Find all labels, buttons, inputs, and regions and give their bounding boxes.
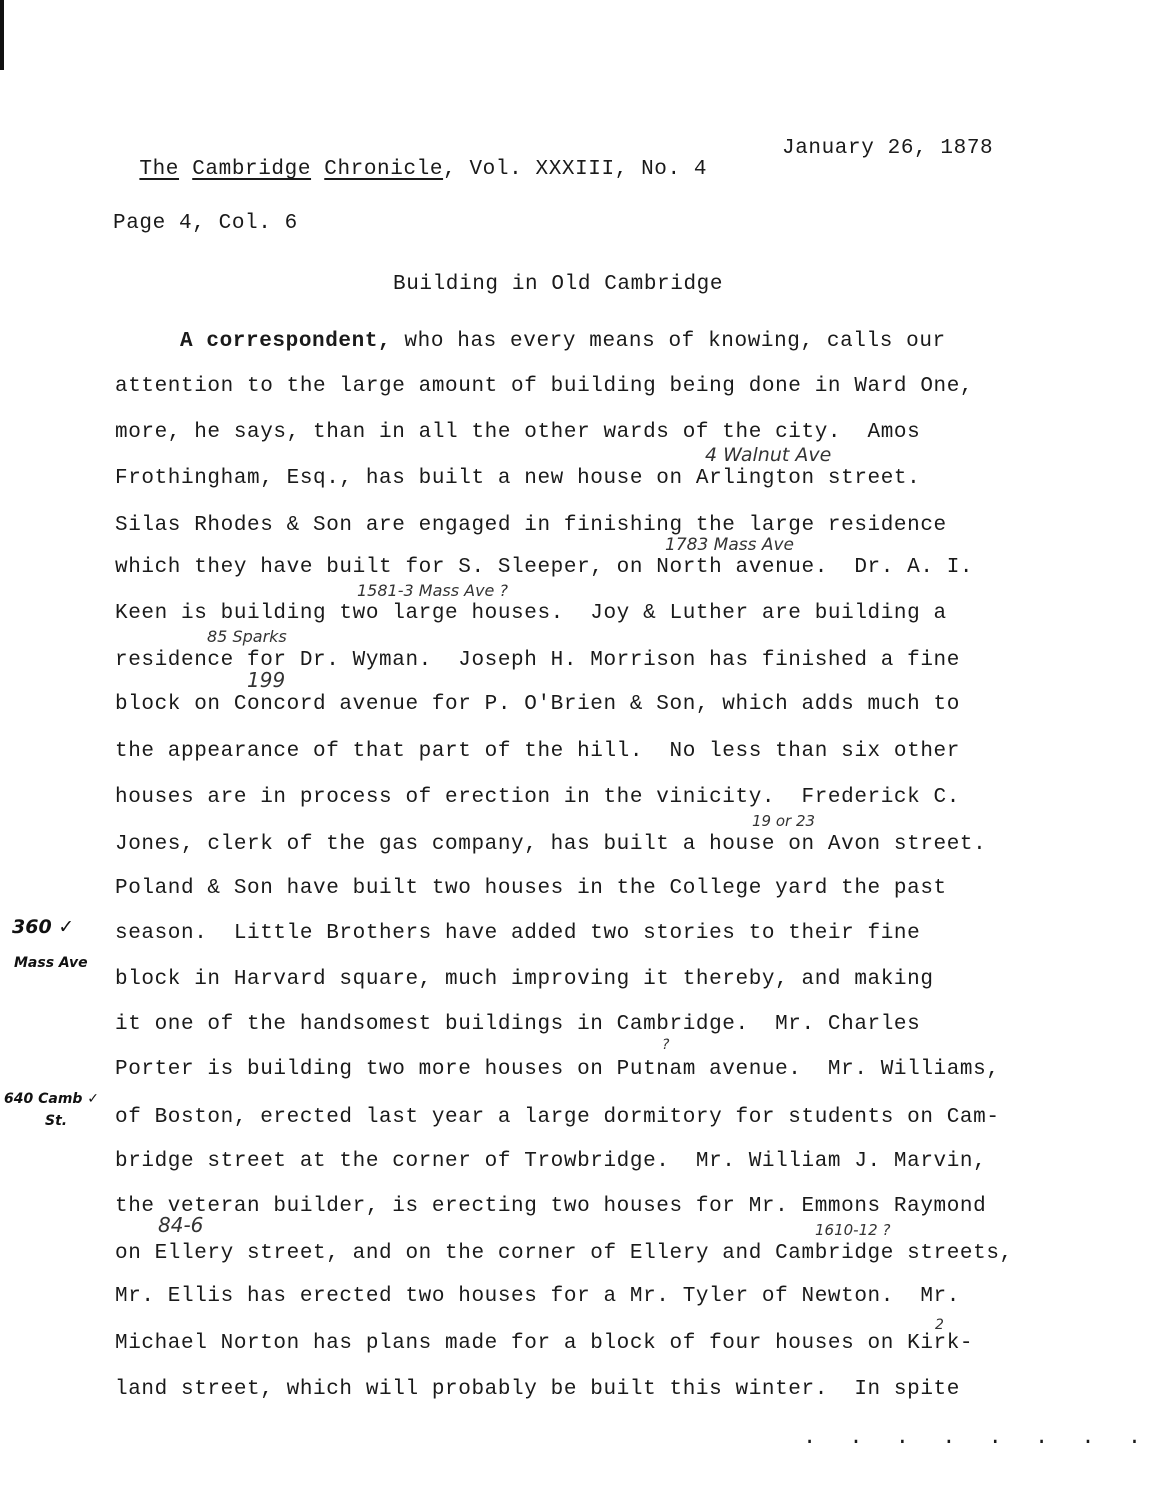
annotation-85-sparks: 85 Sparks [207, 629, 287, 645]
continuation-dots: . . . . . . . . . [803, 1425, 1156, 1450]
body-line: A correspondent, who has every means of … [180, 331, 946, 352]
body-line: more, he says, than in all the other war… [115, 422, 920, 443]
body-line: Keen is building two large houses. Joy &… [115, 603, 947, 624]
annotation-walnut-ave: 4 Walnut Ave [705, 446, 831, 465]
annotation-1581-mass-ave: 1581-3 Mass Ave ? [357, 583, 508, 599]
body-line: block on Concord avenue for P. O'Brien &… [115, 694, 960, 715]
body-line: it one of the handsomest buildings in Ca… [115, 1014, 920, 1035]
annotation-mass-ave-margin: Mass Ave [14, 956, 88, 970]
annotation-84-6-ellery: 84-6 [158, 1215, 203, 1235]
document-header: The Cambridge Chronicle, Vol. XXXIII, No… [113, 138, 707, 180]
body-line: Michael Norton has plans made for a bloc… [115, 1333, 973, 1354]
body-line: residence for Dr. Wyman. Joseph H. Morri… [115, 650, 960, 671]
body-line: attention to the large amount of buildin… [115, 376, 973, 397]
body-line: houses are in process of erection in the… [115, 787, 960, 808]
newspaper-name-word: Cambridge [192, 158, 311, 181]
body-line: on Ellery street, and on the corner of E… [115, 1243, 1013, 1264]
annotation-st-margin: St. [45, 1114, 67, 1128]
annotation-kirkland-2: 2 [935, 1318, 944, 1332]
newspaper-name-word: Chronicle [324, 158, 443, 181]
body-line: Porter is building two more houses on Pu… [115, 1059, 1000, 1080]
body-line: the veteran builder, is erecting two hou… [115, 1196, 986, 1217]
annotation-360-checkmark: 360 ✓ [12, 918, 74, 937]
body-line: Poland & Son have built two houses in th… [115, 878, 947, 899]
annotation-avon-number: 19 or 23 [752, 814, 815, 829]
body-line: bridge street at the corner of Trowbridg… [115, 1151, 986, 1172]
newspaper-name-word: The [139, 158, 179, 181]
issue-date: January 26, 1878 [782, 138, 993, 159]
annotation-1783-mass-ave: 1783 Mass Ave [665, 537, 794, 554]
annotation-199-concord: 199 [247, 670, 285, 690]
body-line: block in Harvard square, much improving … [115, 969, 934, 990]
page-column-location: Page 4, Col. 6 [113, 213, 298, 234]
lead-word: A correspondent, [180, 330, 391, 353]
body-line: the appearance of that part of the hill.… [115, 741, 960, 762]
volume-info: , Vol. XXXIII, No. 4 [443, 158, 707, 181]
article-title: Building in Old Cambridge [393, 274, 723, 295]
body-line: Jones, clerk of the gas company, has bui… [115, 834, 986, 855]
annotation-putnam-question: ? [662, 1038, 669, 1052]
body-line: of Boston, erected last year a large dor… [115, 1107, 1000, 1128]
body-line: land street, which will probably be buil… [115, 1379, 960, 1400]
body-line: season. Little Brothers have added two s… [115, 923, 920, 944]
annotation-1610-cambridge: 1610-12 ? [815, 1223, 890, 1238]
body-line: Mr. Ellis has erected two houses for a M… [115, 1286, 960, 1307]
body-line: Silas Rhodes & Son are engaged in finish… [115, 515, 947, 536]
body-line: Frothingham, Esq., has built a new house… [115, 468, 920, 489]
annotation-640-cambridge-st: 640 Camb ✓ [4, 1092, 99, 1106]
scan-edge [0, 0, 4, 70]
body-line: which they have built for S. Sleeper, on… [115, 557, 973, 578]
